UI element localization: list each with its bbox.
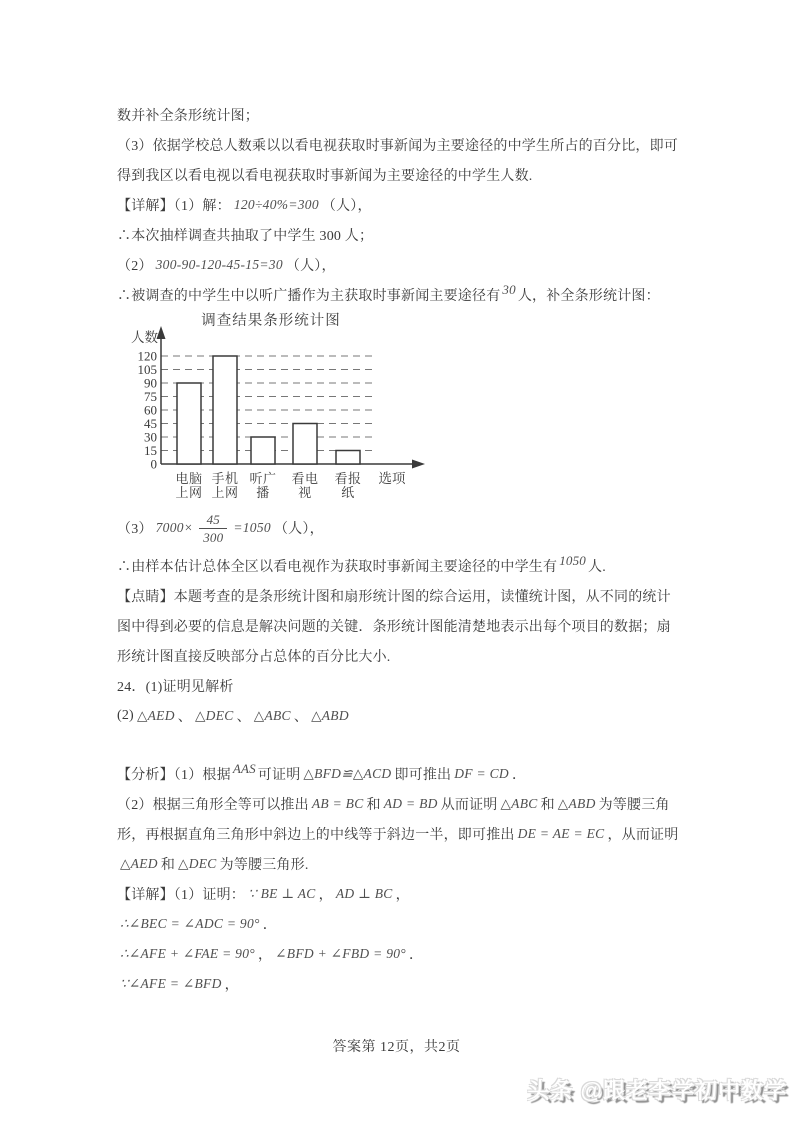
x-axis-arrow xyxy=(412,460,425,469)
text-segment: （3） xyxy=(117,518,153,538)
text-segment: 可证明 xyxy=(258,764,301,784)
y-tick-label: 75 xyxy=(144,389,157,404)
text-line: 【分析】（1）根据AAS可证明△BFD≌△ACD即可推出DF = CD． xyxy=(117,759,693,789)
x-category-label: 上网 xyxy=(211,485,238,500)
text-segment: 形，再根据直角三角形中斜边上的中线等于斜边一半，即可推出 xyxy=(117,824,515,844)
text-line: 数并补全条形统计图； xyxy=(117,100,693,130)
text-segment: 【点睛】本题考查的是条形统计图和扇形统计图的综合运用，读懂统计图，从不同的统计 xyxy=(117,586,671,606)
math-expression: AD ⊥ BC xyxy=(333,886,396,902)
text-line: 形，再根据直角三角形中斜边上的中线等于斜边一半，即可推出DE = AE = EC… xyxy=(117,819,693,849)
text-segment: ，从而证明 xyxy=(607,824,678,844)
text-segment: 即可推出 xyxy=(394,764,451,784)
text-segment: （人）， xyxy=(286,255,336,275)
math-expression: 30 xyxy=(500,282,517,298)
text-segment: 和 xyxy=(541,794,555,814)
text-segment: 数并补全条形统计图； xyxy=(117,105,259,125)
text-line: 得到我区以看电视以看电视获取时事新闻为主要途径的中学生人数. xyxy=(117,160,693,190)
math-expression: AB = BC xyxy=(309,796,367,812)
text-line: (2)△AED、△DEC、△ABC、△ABD xyxy=(117,701,693,731)
math-expression: ∠BFD + ∠FBD = 90° xyxy=(272,946,409,962)
text-segment: 从而证明 xyxy=(441,794,498,814)
text-segment: 【详解】（1）解： xyxy=(117,195,231,215)
text-segment: ∴由样本估计总体全区以看电视作为获取时事新闻主要途径的中学生有 xyxy=(117,556,557,576)
solution-text-bottom: （3）7000×45300=1050（人），∴由样本估计总体全区以看电视作为获取… xyxy=(0,505,793,999)
text-segment: 和 xyxy=(367,794,381,814)
math-expression: △ABD xyxy=(308,708,352,724)
text-segment: ． xyxy=(409,944,423,964)
math-expression: △DEC xyxy=(192,708,237,724)
text-segment: 为等腰三角形. xyxy=(220,854,309,874)
text-line: （2）300-90-120-45-15=30（人）， xyxy=(117,250,693,280)
y-axis-label: 人数 xyxy=(131,329,158,345)
x-category-label: 上网 xyxy=(175,485,202,500)
text-line: ∵∠AFE = ∠BFD， xyxy=(117,969,693,999)
solution-text-top: 数并补全条形统计图；（3）依据学校总人数乘以以看电视获取时事新闻为主要途径的中学… xyxy=(0,100,793,310)
x-category-label: 看电 xyxy=(291,471,318,486)
text-segment: 人. xyxy=(588,556,606,576)
math-expression: 1050 xyxy=(557,553,588,569)
y-tick-label: 120 xyxy=(138,349,158,364)
text-segment: （人）， xyxy=(322,195,372,215)
text-segment: 24．(1)证明见解析 xyxy=(117,676,234,696)
math-expression: ∴∠BEC = ∠ADC = 90° xyxy=(117,916,263,932)
math-expression: ∵ BE ⊥ AC xyxy=(245,886,319,902)
math-expression: △ABD xyxy=(555,796,599,812)
text-line: 形统计图直接反映部分占总体的百分比大小. xyxy=(117,641,693,671)
math-expression: AD = BD xyxy=(381,796,441,812)
text-segment: 人，补全条形统计图： xyxy=(518,285,660,305)
x-axis-label: 选项 xyxy=(379,471,406,486)
text-segment: ， xyxy=(396,884,410,904)
text-segment: ． xyxy=(263,914,277,934)
x-category-label: 纸 xyxy=(341,485,355,500)
y-tick-label: 15 xyxy=(144,443,157,458)
text-segment: 、 xyxy=(178,706,192,726)
chart-title: 调查结果条形统计图 xyxy=(201,312,341,329)
math-expression: DE = AE = EC xyxy=(515,826,608,842)
text-segment: 图中得到必要的信息是解决问题的关键．条形统计图能清楚地表示出每个项目的数据；扇 xyxy=(117,616,671,636)
text-segment: 和 xyxy=(161,854,175,874)
math-expression: 300-90-120-45-15=30 xyxy=(153,257,286,273)
bar-chart-svg: 调查结果条形统计图人数选项0153045607590105120电脑上网手机上网… xyxy=(131,312,431,505)
text-segment: （3）依据学校总人数乘以以看电视获取时事新闻为主要途径的中学生所占的百分比，即可 xyxy=(117,135,678,155)
math-expression: 7000× xyxy=(153,520,197,536)
y-tick-label: 0 xyxy=(151,457,158,472)
text-segment: 【分析】（1）根据 xyxy=(117,764,231,784)
text-line: ∴∠AFE + ∠FAE = 90°，∠BFD + ∠FBD = 90°． xyxy=(117,939,693,969)
text-line: △AED和△DEC为等腰三角形. xyxy=(117,849,693,879)
math-expression: △AED xyxy=(117,856,161,872)
text-line: （3）依据学校总人数乘以以看电视获取时事新闻为主要途径的中学生所占的百分比，即可 xyxy=(117,130,693,160)
math-expression: ∵∠AFE = ∠BFD xyxy=(117,976,225,992)
text-segment: ， xyxy=(319,884,333,904)
x-category-label: 视 xyxy=(298,485,312,500)
y-tick-label: 45 xyxy=(144,416,157,431)
text-segment: 、 xyxy=(294,706,308,726)
text-line: 【详解】（1）证明：∵ BE ⊥ AC，AD ⊥ BC， xyxy=(117,879,693,909)
math-expression: △DEC xyxy=(175,856,220,872)
math-expression: AAS xyxy=(231,761,258,777)
text-segment: （2）根据三角形全等可以推出 xyxy=(117,794,309,814)
survey-bar-chart: 调查结果条形统计图人数选项0153045607590105120电脑上网手机上网… xyxy=(0,310,793,505)
text-segment: （人）， xyxy=(274,518,324,538)
fraction-numerator: 45 xyxy=(203,513,224,528)
page-number-footer: 答案第 12页，共2页 xyxy=(0,1036,793,1056)
chart-bar xyxy=(251,437,275,464)
text-segment: 得到我区以看电视以看电视获取时事新闻为主要途径的中学生人数. xyxy=(117,165,533,185)
math-expression: △ABC xyxy=(498,796,541,812)
text-line: 图中得到必要的信息是解决问题的关键．条形统计图能清楚地表示出每个项目的数据；扇 xyxy=(117,611,693,641)
text-line: ∴由样本估计总体全区以看电视作为获取时事新闻主要途径的中学生有1050人. xyxy=(117,551,693,581)
math-expression: =1050 xyxy=(230,520,274,536)
math-expression: △BFD≌△ACD xyxy=(300,766,394,782)
fraction: 45300 xyxy=(199,513,227,544)
math-expression: 120÷40%=300 xyxy=(231,197,322,213)
watermark-toutiao: 头条 @跟老李学初中数学 xyxy=(527,1074,787,1105)
fraction-denominator: 300 xyxy=(199,528,227,544)
x-category-label: 听广 xyxy=(249,471,276,486)
text-line: 【点睛】本题考查的是条形统计图和扇形统计图的综合运用，读懂统计图，从不同的统计 xyxy=(117,581,693,611)
text-line: （3）7000×45300=1050（人）， xyxy=(117,505,693,551)
text-line: 【详解】（1）解：120÷40%=300（人）， xyxy=(117,190,693,220)
text-segment: 【详解】（1）证明： xyxy=(117,884,245,904)
text-line: 24．(1)证明见解析 xyxy=(117,671,693,701)
chart-bar xyxy=(213,356,237,464)
y-tick-label: 60 xyxy=(144,403,157,418)
chart-bar xyxy=(293,424,317,465)
text-segment: ， xyxy=(258,944,272,964)
x-category-label: 手机 xyxy=(211,471,238,486)
chart-bar xyxy=(336,451,360,465)
text-segment: ． xyxy=(512,764,526,784)
x-category-label: 看报 xyxy=(334,471,361,486)
math-expression: DF = CD xyxy=(451,766,512,782)
y-tick-label: 90 xyxy=(144,376,157,391)
math-expression: △AED xyxy=(134,708,178,724)
math-expression: ∴∠AFE + ∠FAE = 90° xyxy=(117,946,258,962)
text-segment: ∴被调查的中学生中以听广播作为主获取时事新闻主要途径有 xyxy=(117,285,500,305)
text-segment: (2) xyxy=(117,708,134,724)
text-segment: （2） xyxy=(117,255,153,275)
text-line: （2）根据三角形全等可以推出AB = BC和AD = BD从而证明△ABC和△A… xyxy=(117,789,693,819)
text-line: ∴本次抽样调查共抽取了中学生 300 人； xyxy=(117,220,693,250)
text-segment: 形统计图直接反映部分占总体的百分比大小. xyxy=(117,646,391,666)
text-segment: 、 xyxy=(237,706,251,726)
text-line: ∴∠BEC = ∠ADC = 90°． xyxy=(117,909,693,939)
y-tick-label: 30 xyxy=(144,430,157,445)
math-expression: △ABC xyxy=(251,708,294,724)
x-category-label: 播 xyxy=(256,485,270,500)
text-segment: 为等腰三角 xyxy=(599,794,670,814)
text-segment: ， xyxy=(225,974,239,994)
text-line: ∴被调查的中学生中以听广播作为主获取时事新闻主要途径有30人，补全条形统计图： xyxy=(117,280,693,310)
y-tick-label: 105 xyxy=(138,362,158,377)
page: 数并补全条形统计图；（3）依据学校总人数乘以以看电视获取时事新闻为主要途径的中学… xyxy=(0,0,793,999)
text-segment: ∴本次抽样调查共抽取了中学生 300 人； xyxy=(117,225,373,245)
chart-bar xyxy=(177,383,201,464)
x-category-label: 电脑 xyxy=(175,471,202,486)
